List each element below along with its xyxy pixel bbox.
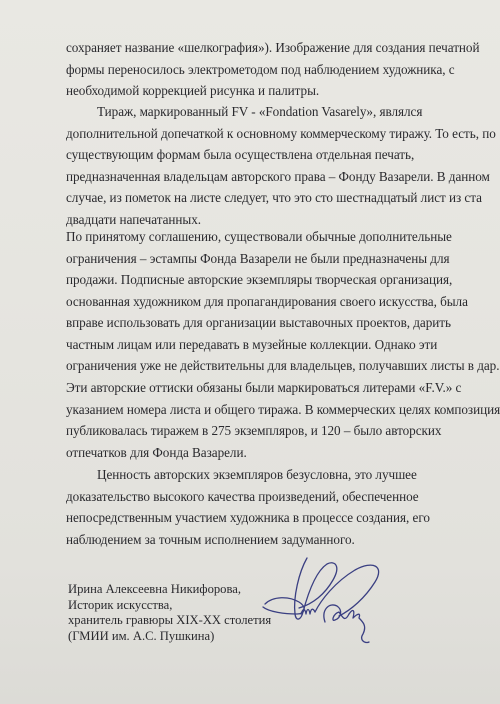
handwritten-signature-icon (255, 552, 415, 647)
text-line: основанная художником для пропагандирова… (66, 291, 486, 313)
text-line: доказательство высокого качества произве… (66, 486, 486, 508)
paragraph-5: Ценность авторских экземпляров безусловн… (66, 464, 486, 550)
text-line: сохраняет название «шелкография»). Изобр… (66, 37, 486, 59)
text-line: необходимой коррекцией рисунка и палитры… (66, 80, 486, 102)
paragraph-1: сохраняет название «шелкография»). Изобр… (66, 37, 486, 102)
paragraph-3: По принятому соглашению, существовали об… (66, 226, 486, 377)
text-line: По принятому соглашению, существовали об… (66, 226, 486, 248)
text-line: наблюдением за точным исполнением задума… (66, 529, 486, 551)
paragraph-2: Тираж, маркированный FV - «Fondation Vas… (66, 101, 486, 230)
text-line: дополнительной допечаткой к основному ко… (66, 123, 486, 145)
signer-name: Ирина Алексеевна Никифорова, (68, 582, 271, 598)
text-line: отпечатков для Фонда Вазарели. (66, 442, 486, 464)
text-line: существующим формам была осуществлена от… (66, 144, 486, 166)
text-line: формы переносилось электрометодом под на… (66, 59, 486, 81)
text-line: Ценность авторских экземпляров безусловн… (66, 464, 486, 486)
signer-position: хранитель гравюры XIX-XX столетия (68, 613, 271, 629)
text-line: непосредственным участием художника в пр… (66, 507, 486, 529)
text-line: ограничения – эстампы Фонда Вазарели не … (66, 248, 486, 270)
paragraph-4: Эти авторские оттиски обязаны были марки… (66, 377, 486, 463)
text-line: Тираж, маркированный FV - «Fondation Vas… (66, 101, 486, 123)
text-line: ограничения уже не действительны для вла… (66, 355, 486, 377)
text-line: публиковалась тиражем в 275 экземпляров,… (66, 420, 486, 442)
text-line: предназначенная владельцам авторского пр… (66, 166, 486, 188)
text-line: продажи. Подписные авторские экземпляры … (66, 269, 486, 291)
document-page: сохраняет название «шелкография»). Изобр… (0, 0, 500, 704)
text-line: частным лицам или передавать в музейные … (66, 334, 486, 356)
signer-organization: (ГМИИ им. А.С. Пушкина) (68, 629, 271, 645)
text-line: случае, из пометок на листе следует, что… (66, 187, 486, 209)
text-line: указанием номера листа и общего тиража. … (66, 399, 486, 421)
signer-title: Историк искусства, (68, 598, 271, 614)
text-line: Эти авторские оттиски обязаны были марки… (66, 377, 486, 399)
text-line: вправе использовать для организации выст… (66, 312, 486, 334)
signature-block: Ирина Алексеевна Никифорова, Историк иск… (68, 582, 271, 644)
